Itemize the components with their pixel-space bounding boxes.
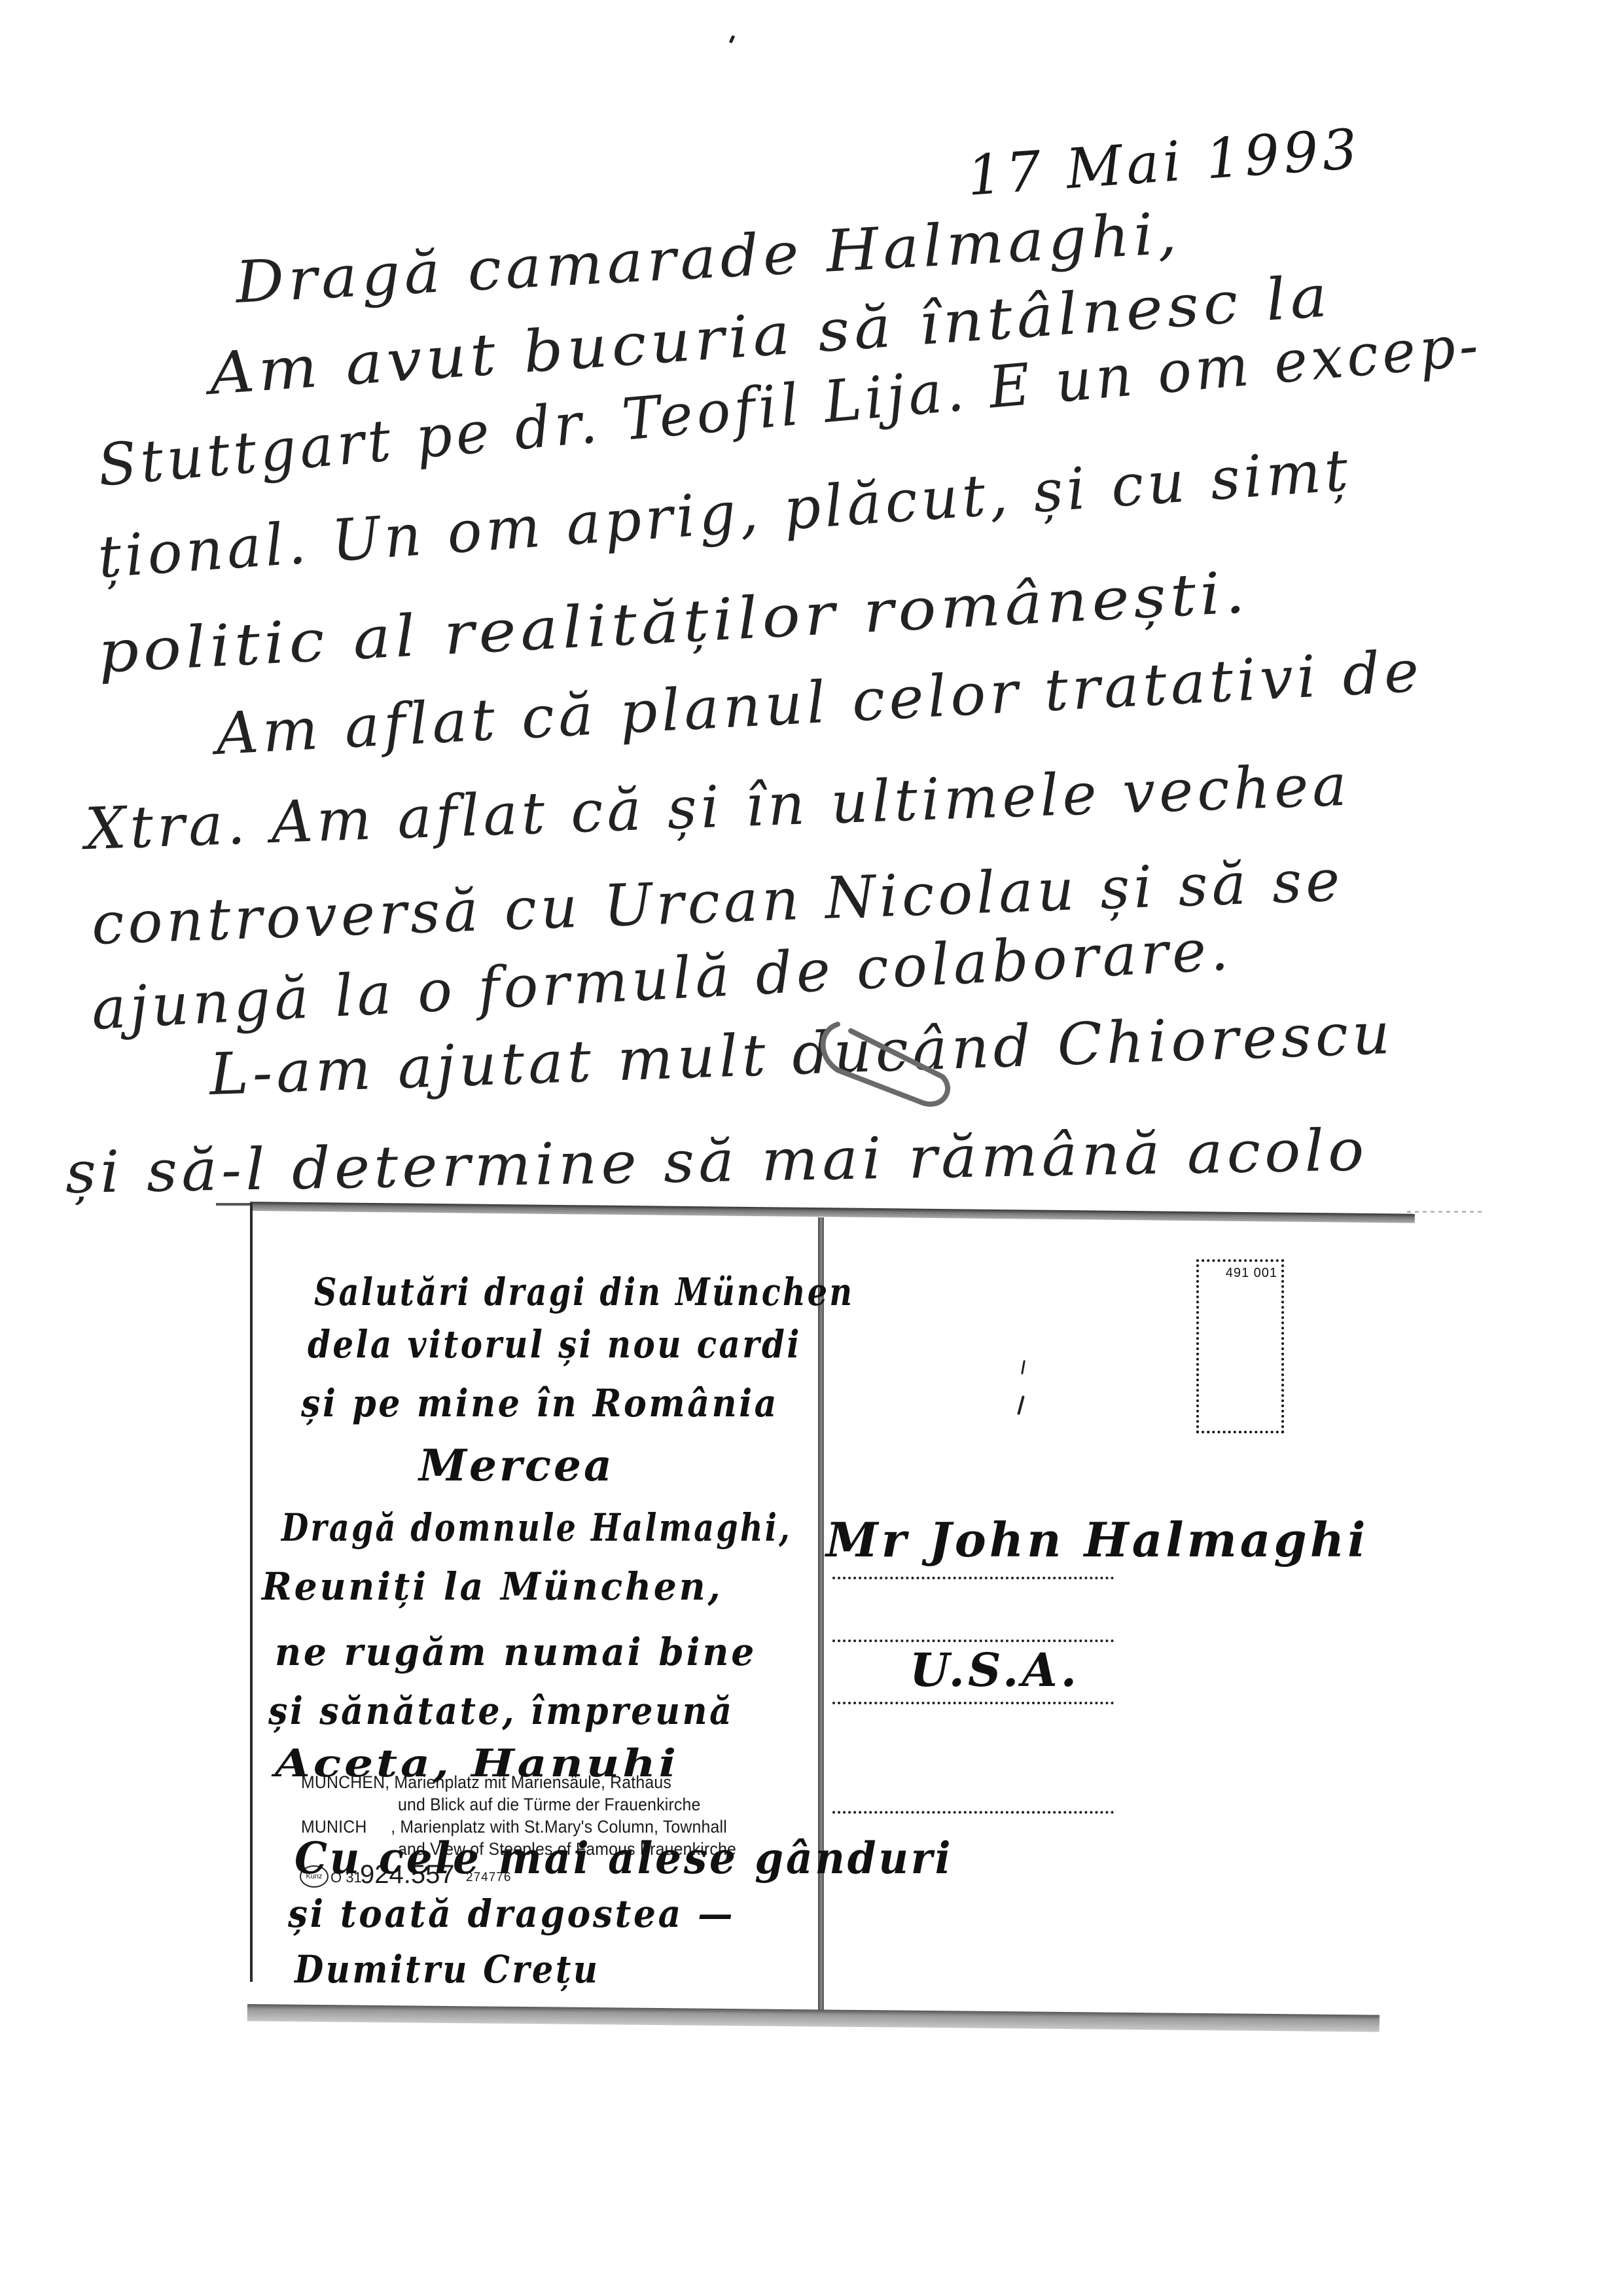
letter-date: 17 Mai 1993 [965, 117, 1363, 208]
paperclip-mark [811, 1011, 969, 1109]
postcard-message-3-line-1: Cu cele mai alese gânduri [294, 1833, 953, 1884]
postcard-edge-shadow [1407, 1211, 1486, 1213]
postcard-message-2-line-4: și sănătate, împreună [268, 1689, 734, 1733]
stray-mark [729, 35, 736, 44]
postcard-caption-de-1: MÜNCHEN, Marienplatz mit Mariensäule, Ra… [301, 1772, 671, 1793]
caption-text-de-1: , Marienplatz mit Mariensäule, Rathaus [385, 1772, 671, 1792]
address-name: Mr John Halmaghi [826, 1512, 1368, 1568]
postcard-signature-1: Mercea [419, 1440, 615, 1491]
address-line-2 [832, 1640, 1114, 1642]
postcard-message-1-line-3: și pe mine în România [301, 1381, 779, 1426]
letter-line-6: Xtra. Am aflat că și în ultimele vechea [84, 751, 1351, 863]
letter-line-10: și să-l determine să mai rămână acolo [65, 1116, 1368, 1206]
address-line-4 [832, 1811, 1114, 1814]
postcard-message-2-line-3: ne rugăm numai bine [275, 1630, 757, 1674]
caption-place-de: MÜNCHEN [301, 1772, 385, 1792]
postcard-message-1-line-2: dela vitorul și nou cardi [308, 1322, 802, 1367]
stamp-box-code: 491 001 [1226, 1266, 1277, 1281]
postcard-bottom-edge [247, 2004, 1380, 2032]
postcard-divider [818, 1217, 824, 2016]
stamp-box: 491 001 [1196, 1259, 1284, 1433]
postcard-message-2-line-1: Dragă domnule Halmaghi, [281, 1505, 792, 1550]
postcard-message-2-line-2: Reuniți la München, [262, 1564, 723, 1609]
address-country: U.S.A. [910, 1643, 1080, 1697]
postcard-signature-3: Dumitru Crețu [294, 1947, 600, 1992]
scanned-page: 17 Mai 1993 Dragă camarade Halmaghi, Am … [0, 0, 1623, 2296]
address-line-3 [832, 1702, 1114, 1704]
postcard-message-3-line-2: și toată dragostea — [288, 1892, 735, 1936]
postcard-message-1-line-1: Salutări dragi din München [314, 1270, 854, 1314]
address-line-1 [832, 1577, 1114, 1579]
postcard-caption-de-2: und Blick auf die Türme der Frauenkirche [398, 1795, 701, 1815]
